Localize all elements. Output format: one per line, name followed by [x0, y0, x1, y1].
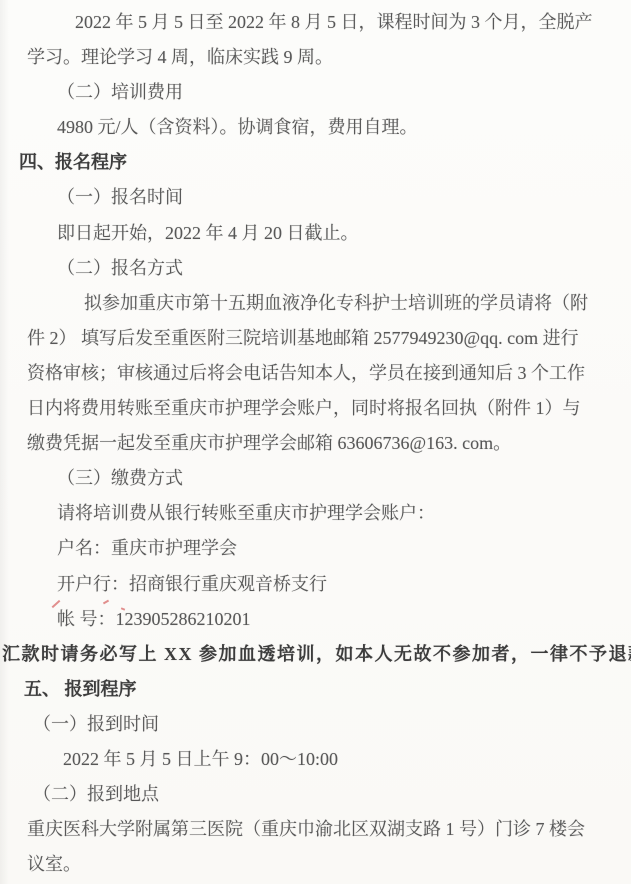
line-registration-paragraph-3: 资格审核；审核通过后将会电话告知本人，学员在接到通知后 3 个工作 — [0, 356, 631, 391]
heading-section-5-checkin: 五、 报到程序 — [0, 672, 631, 707]
line-payment-instruction: 请将培训费从银行转账至重庆市护理学会账户： — [0, 496, 631, 531]
line-payment-method-heading: （三）缴费方式 — [0, 461, 631, 496]
heading-section-4-registration: 四、报名程序 — [0, 145, 631, 180]
line-checkin-time: 2022 年 5 月 5 日上午 9：00～10:00 — [0, 742, 631, 777]
line-registration-time-heading: （一）报名时间 — [0, 180, 631, 215]
line-account-number: 帐 号：123905286210201 — [0, 602, 631, 637]
line-course-structure: 学习。理论学习 4 周，临床实践 9 周。 — [0, 40, 631, 75]
line-checkin-location-1: 重庆医科大学附属第三医院（重庆巾渝北区双湖支路 1 号）门诊 7 楼会 — [0, 812, 631, 847]
line-course-dates: 2022 年 5 月 5 日至 2022 年 8 月 5 日，课程时间为 3 个… — [0, 5, 631, 40]
line-registration-paragraph-1: 拟参加重庆市第十五期血液净化专科护士培训班的学员请将（附 — [0, 286, 631, 321]
line-registration-paragraph-2: 件 2） 填写后发至重医附三院培训基地邮箱 2577949230@qq. com… — [0, 321, 631, 356]
line-account-name: 户名：重庆市护理学会 — [0, 531, 631, 566]
line-remittance-note: 汇款时请务必写上 XX 参加血透培训，如本人无故不参加者，一律不予退款。 — [0, 637, 631, 672]
line-checkin-time-heading: （一）报到时间 — [0, 707, 631, 742]
line-bank-branch: 开户行：招商银行重庆观音桥支行 — [0, 567, 631, 602]
line-registration-method-heading: （二）报名方式 — [0, 251, 631, 286]
line-checkin-location-heading: （二）报到地点 — [0, 777, 631, 812]
line-training-fee-heading: （二）培训费用 — [0, 75, 631, 110]
line-training-fee-amount: 4980 元/人（含资料）。协调食宿，费用自理。 — [0, 110, 631, 145]
line-registration-deadline: 即日起开始，2022 年 4 月 20 日截止。 — [0, 216, 631, 251]
scanned-document-page: 2022 年 5 月 5 日至 2022 年 8 月 5 日，课程时间为 3 个… — [0, 0, 631, 884]
line-registration-paragraph-4: 日内将费用转账至重庆市护理学会账户，同时将报名回执（附件 1）与 — [0, 391, 631, 426]
line-registration-paragraph-5: 缴费凭据一起发至重庆市护理学会邮箱 63606736@163. com。 — [0, 426, 631, 461]
line-checkin-location-2: 议室。 — [0, 847, 631, 882]
